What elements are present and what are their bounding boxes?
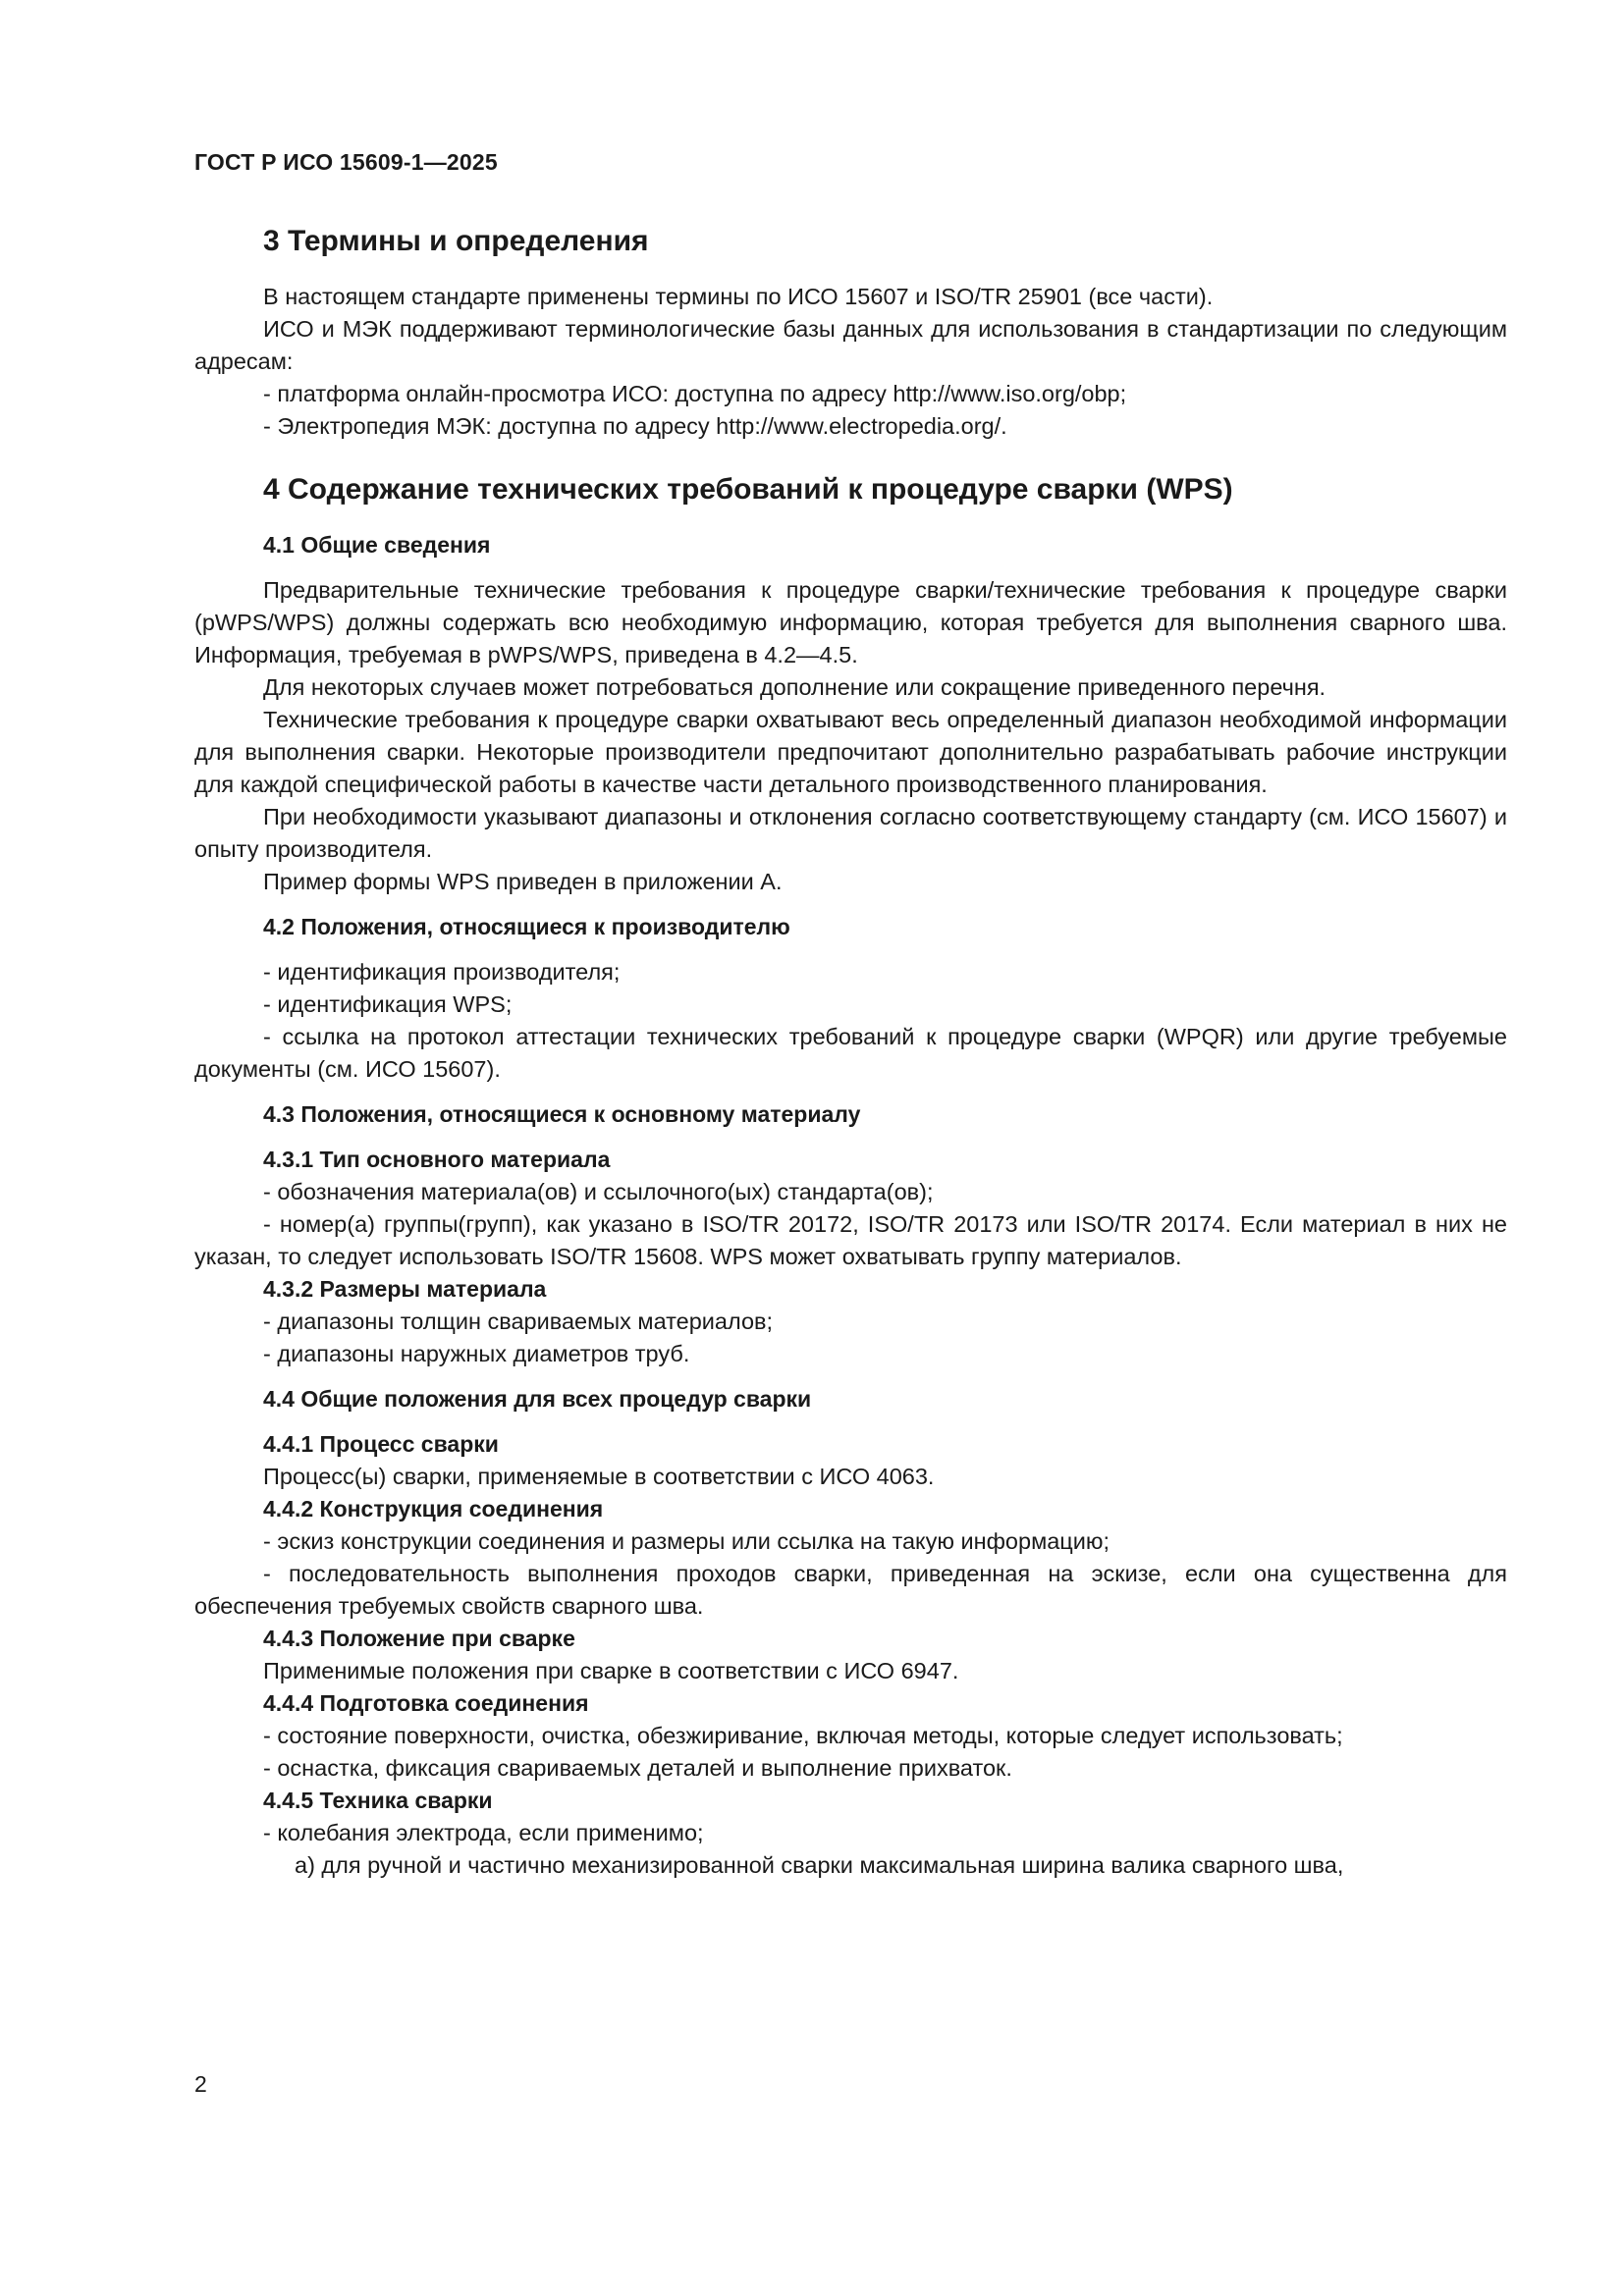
section-4-1-heading: 4.1 Общие сведения — [194, 529, 1507, 561]
section-4-4-3-text: Применимые положения при сварке в соотве… — [194, 1655, 1507, 1687]
section-4-1-paragraph: Пример формы WPS приведен в приложении А… — [194, 866, 1507, 898]
section-4-heading: 4 Содержание технических требований к пр… — [194, 470, 1507, 509]
section-4-4-heading: 4.4 Общие положения для всех процедур св… — [194, 1383, 1507, 1415]
section-4-4-4-heading: 4.4.4 Подготовка соединения — [194, 1687, 1507, 1720]
section-3-heading: 3 Термины и определения — [194, 222, 1507, 261]
document-body: 3 Термины и определения В настоящем стан… — [194, 222, 1507, 1882]
section-4-1-paragraph: Технические требования к процедуре сварк… — [194, 704, 1507, 801]
section-3-paragraph: ИСО и МЭК поддерживают терминологические… — [194, 313, 1507, 378]
section-4-3-1-heading: 4.3.1 Тип основного материала — [194, 1144, 1507, 1176]
list-item: - состояние поверхности, очистка, обезжи… — [194, 1720, 1507, 1752]
list-item: - Электропедия МЭК: доступна по адресу h… — [194, 410, 1507, 443]
list-item: - обозначения материала(ов) и ссылочного… — [194, 1176, 1507, 1208]
section-4-4-1-text: Процесс(ы) сварки, применяемые в соответ… — [194, 1461, 1507, 1493]
section-4-2-heading: 4.2 Положения, относящиеся к производите… — [194, 911, 1507, 943]
section-4-4-1-heading: 4.4.1 Процесс сварки — [194, 1428, 1507, 1461]
list-item: - диапазоны толщин свариваемых материало… — [194, 1306, 1507, 1338]
section-4-1-paragraph: Для некоторых случаев может потребоватьс… — [194, 671, 1507, 704]
section-4-3-heading: 4.3 Положения, относящиеся к основному м… — [194, 1098, 1507, 1131]
section-4-4-3-heading: 4.4.3 Положение при сварке — [194, 1623, 1507, 1655]
list-sub-item-a: а) для ручной и частично механизированно… — [194, 1849, 1507, 1882]
list-item: - оснастка, фиксация свариваемых деталей… — [194, 1752, 1507, 1785]
list-item: - колебания электрода, если применимо; — [194, 1817, 1507, 1849]
list-item: - идентификация WPS; — [194, 988, 1507, 1021]
list-item: - эскиз конструкции соединения и размеры… — [194, 1525, 1507, 1558]
list-item: - последовательность выполнения проходов… — [194, 1558, 1507, 1623]
section-4-1-paragraph: При необходимости указывают диапазоны и … — [194, 801, 1507, 866]
list-item: - ссылка на протокол аттестации техничес… — [194, 1021, 1507, 1086]
section-4-1-paragraph: Предварительные технические требования к… — [194, 574, 1507, 671]
section-4-3-2-heading: 4.3.2 Размеры материала — [194, 1273, 1507, 1306]
page-number: 2 — [194, 2071, 207, 2098]
section-4-4-5-heading: 4.4.5 Техника сварки — [194, 1785, 1507, 1817]
list-item: - номер(а) группы(групп), как указано в … — [194, 1208, 1507, 1273]
list-item: - диапазоны наружных диаметров труб. — [194, 1338, 1507, 1370]
list-item: - платформа онлайн-просмотра ИСО: доступ… — [194, 378, 1507, 410]
section-4-4-2-heading: 4.4.2 Конструкция соединения — [194, 1493, 1507, 1525]
document-code-header: ГОСТ Р ИСО 15609-1—2025 — [194, 149, 498, 176]
list-item: - идентификация производителя; — [194, 956, 1507, 988]
section-3-paragraph: В настоящем стандарте применены термины … — [194, 281, 1507, 313]
